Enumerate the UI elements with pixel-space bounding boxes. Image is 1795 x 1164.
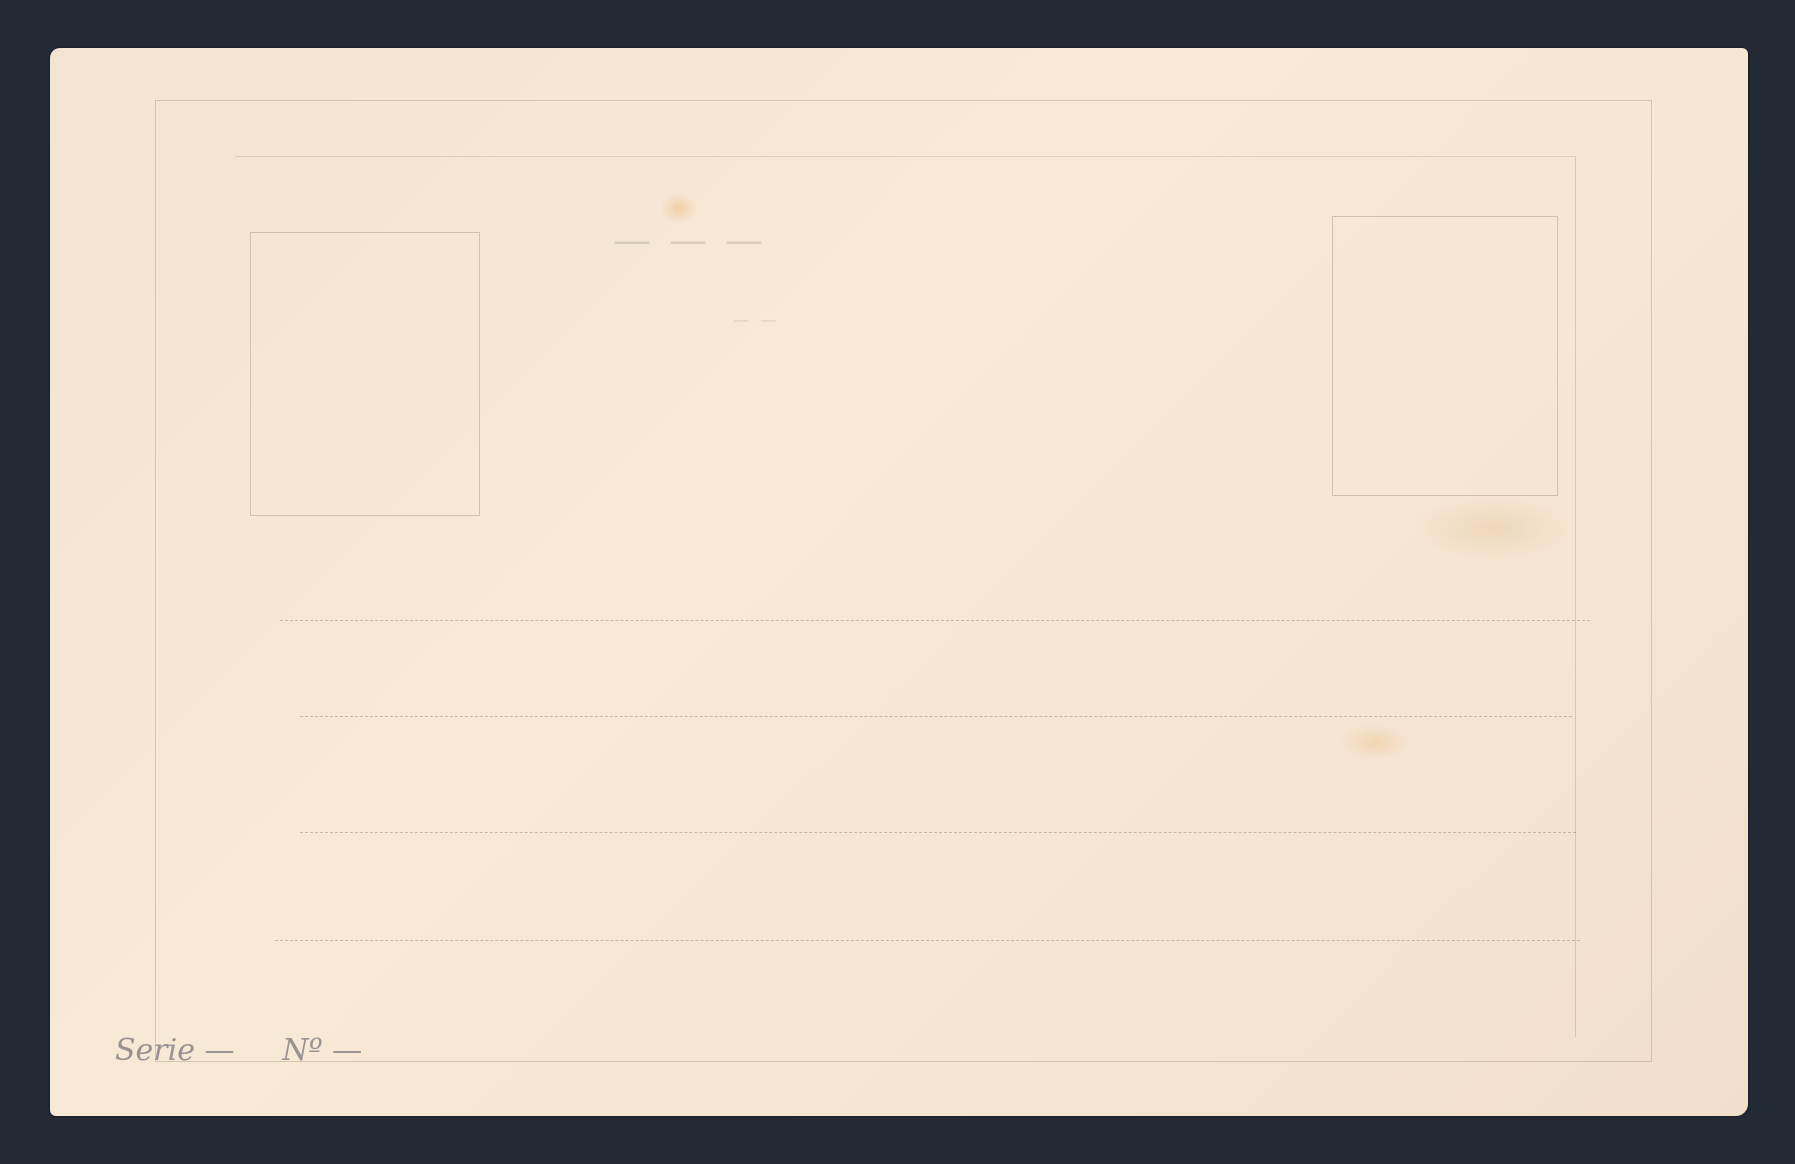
number-dash: — <box>332 1033 362 1068</box>
address-line-3 <box>300 832 1576 833</box>
address-line-4 <box>275 940 1580 941</box>
series-label: Serie <box>115 1033 195 1068</box>
show-through-subheading: — — <box>730 310 776 329</box>
number-label: Nº <box>282 1033 322 1068</box>
pencil-series-note: Serie — Nº — <box>115 1033 362 1068</box>
left-box-outline <box>250 232 480 516</box>
postcard: — — — — — Serie — Nº — <box>50 48 1748 1116</box>
address-line-1 <box>280 620 1590 621</box>
address-line-2 <box>300 716 1572 717</box>
show-through-heading: — — — <box>610 218 763 262</box>
stamp-box-outline <box>1332 216 1558 496</box>
series-dash: — <box>205 1033 235 1068</box>
